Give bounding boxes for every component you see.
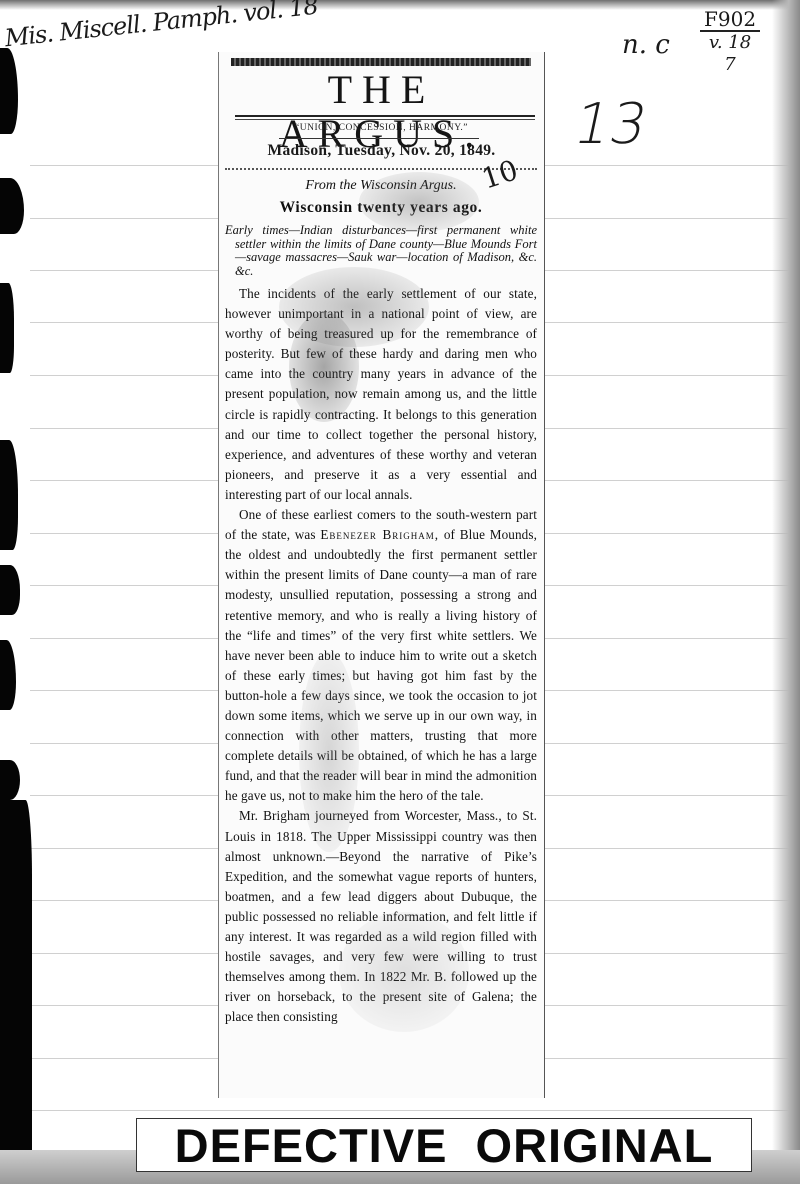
divider bbox=[235, 115, 535, 117]
masthead: THE ARGUS. “UNION, CONCESSION, HARMONY.”… bbox=[219, 52, 544, 170]
handwritten-page-number: 13 bbox=[568, 92, 653, 157]
handwritten-call-number: F902 v. 18 7 bbox=[700, 8, 760, 76]
divider bbox=[279, 138, 479, 139]
stamp-label: DEFECTIVE ORIGINAL bbox=[175, 1118, 714, 1173]
person-name: Ebenezer Brigham, bbox=[320, 527, 439, 542]
call-volume: v. 18 bbox=[700, 32, 760, 54]
torn-left-edge bbox=[0, 0, 40, 1184]
call-item: 7 bbox=[700, 54, 760, 76]
dateline: Madison, Tuesday, Nov. 20, 1849. bbox=[219, 142, 544, 160]
masthead-ornament-bar bbox=[231, 58, 531, 66]
article: From the Wisconsin Argus. Wisconsin twen… bbox=[225, 176, 537, 1027]
newspaper-clipping: THE ARGUS. “UNION, CONCESSION, HARMONY.”… bbox=[218, 52, 545, 1098]
handwritten-nc-mark: n. c bbox=[622, 30, 670, 60]
article-subheads: Early times—Indian disturbances—first pe… bbox=[225, 224, 537, 278]
divider bbox=[235, 119, 535, 120]
article-headline: Wisconsin twenty years ago. bbox=[225, 198, 537, 218]
call-number: F902 bbox=[700, 8, 760, 32]
article-paragraph: The incidents of the early settlement of… bbox=[225, 284, 537, 505]
scan-top-edge bbox=[0, 0, 800, 10]
article-paragraph: One of these earliest comers to the sout… bbox=[225, 505, 537, 806]
newspaper-motto: “UNION, CONCESSION, HARMONY.” bbox=[219, 123, 544, 133]
scan-right-shadow bbox=[772, 0, 800, 1184]
paragraph-text: of Blue Mounds, the oldest and undoubted… bbox=[225, 527, 537, 803]
defective-original-stamp: DEFECTIVE ORIGINAL bbox=[136, 1118, 752, 1172]
article-paragraph: Mr. Brigham journeyed from Worcester, Ma… bbox=[225, 806, 537, 1027]
